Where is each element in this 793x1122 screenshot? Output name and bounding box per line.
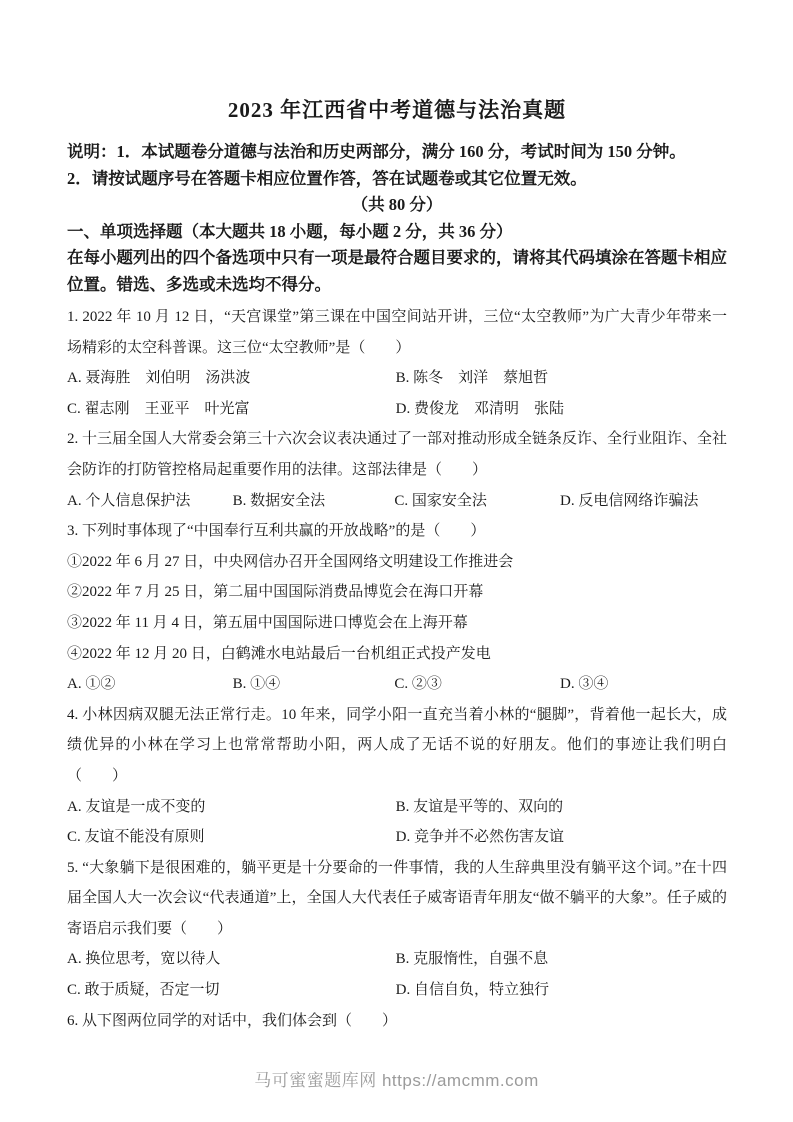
question-3-option-a: A. ①② bbox=[67, 669, 233, 700]
question-4-option-c: C. 友谊不能没有原则 bbox=[67, 822, 396, 853]
question-3-option-c: C. ②③ bbox=[394, 669, 560, 700]
question-4: 4. 小林因病双腿无法正常行走。10 年来，同学小阳一直充当着小林的“腿脚”，背… bbox=[67, 700, 727, 853]
question-3-option-d: D. ③④ bbox=[560, 669, 727, 700]
question-2-stem: 2. 十三届全国人大常委会第三十六次会议表决通过了一部对推动形成全链条反诈、全行… bbox=[67, 424, 727, 485]
question-3-subitem-4: ④2022 年 12 月 20 日，白鹤滩水电站最后一台机组正式投产发电 bbox=[67, 639, 727, 670]
question-2-option-b: B. 数据安全法 bbox=[233, 486, 395, 517]
question-2: 2. 十三届全国人大常委会第三十六次会议表决通过了一部对推动形成全链条反诈、全行… bbox=[67, 424, 727, 516]
page-title: 2023 年江西省中考道德与法治真题 bbox=[67, 94, 727, 124]
questions-container: 1. 2022 年 10 月 12 日，“天宫课堂”第三课在中国空间站开讲，三位… bbox=[67, 302, 727, 1036]
question-5-option-d: D. 自信自负，特立独行 bbox=[396, 975, 727, 1006]
question-2-option-d: D. 反电信网络诈骗法 bbox=[560, 486, 727, 517]
question-1-option-c: C. 翟志刚 王亚平 叶光富 bbox=[67, 394, 396, 425]
question-3-subitem-2: ②2022 年 7 月 25 日，第二届中国国际消费品博览会在海口开幕 bbox=[67, 577, 727, 608]
question-5-stem: 5. “大象躺下是很困难的，躺平更是十分要命的一件事情，我的人生辞典里没有躺平这… bbox=[67, 853, 727, 945]
question-5-option-c: C. 敢于质疑，否定一切 bbox=[67, 975, 396, 1006]
section-instructions: 在每小题列出的四个备选项中只有一项是最符合题目要求的，请将其代码填涂在答题卡相应… bbox=[67, 245, 727, 298]
question-4-option-d: D. 竞争并不必然伤害友谊 bbox=[396, 822, 727, 853]
question-4-options: A. 友谊是一成不变的 B. 友谊是平等的、双向的 C. 友谊不能没有原则 D.… bbox=[67, 792, 727, 853]
question-3-option-b: B. ①④ bbox=[233, 669, 395, 700]
question-2-option-a: A. 个人信息保护法 bbox=[67, 486, 233, 517]
question-2-options: A. 个人信息保护法 B. 数据安全法 C. 国家安全法 D. 反电信网络诈骗法 bbox=[67, 486, 727, 517]
question-5-options: A. 换位思考，宽以待人 B. 克服惰性，自强不息 C. 敢于质疑，否定一切 D… bbox=[67, 944, 727, 1005]
question-1-option-d: D. 费俊龙 邓清明 张陆 bbox=[396, 394, 727, 425]
section-score-line: （共 80 分） bbox=[67, 192, 727, 219]
question-3-subitem-3: ③2022 年 11 月 4 日，第五届中国国际进口博览会在上海开幕 bbox=[67, 608, 727, 639]
question-2-option-c: C. 国家安全法 bbox=[394, 486, 560, 517]
exam-notes-block: 说明：1．本试题卷分道德与法治和历史两部分，满分 160 分，考试时间为 150… bbox=[67, 139, 727, 298]
question-1-options: A. 聂海胜 刘伯明 汤洪波 B. 陈冬 刘洋 蔡旭哲 C. 翟志刚 王亚平 叶… bbox=[67, 363, 727, 424]
footer-watermark: 马可蜜蜜题库网 https://amcmm.com bbox=[0, 1066, 793, 1091]
question-5: 5. “大象躺下是很困难的，躺平更是十分要命的一件事情，我的人生辞典里没有躺平这… bbox=[67, 853, 727, 1006]
exam-document-page: 2023 年江西省中考道德与法治真题 说明：1．本试题卷分道德与法治和历史两部分… bbox=[0, 0, 793, 1122]
question-5-option-a: A. 换位思考，宽以待人 bbox=[67, 944, 396, 975]
document-content: 2023 年江西省中考道德与法治真题 说明：1．本试题卷分道德与法治和历史两部分… bbox=[67, 94, 727, 1036]
question-3-stem: 3. 下列时事体现了“中国奉行互利共赢的开放战略”的是（ ） bbox=[67, 516, 727, 547]
question-3: 3. 下列时事体现了“中国奉行互利共赢的开放战略”的是（ ） ①2022 年 6… bbox=[67, 516, 727, 700]
question-4-option-a: A. 友谊是一成不变的 bbox=[67, 792, 396, 823]
question-4-option-b: B. 友谊是平等的、双向的 bbox=[396, 792, 727, 823]
question-5-option-b: B. 克服惰性，自强不息 bbox=[396, 944, 727, 975]
exam-note-line2: 2．请按试题序号在答题卡相应位置作答，答在试题卷或其它位置无效。 bbox=[67, 166, 727, 193]
exam-note-line1: 说明：1．本试题卷分道德与法治和历史两部分，满分 160 分，考试时间为 150… bbox=[67, 139, 727, 166]
question-4-stem: 4. 小林因病双腿无法正常行走。10 年来，同学小阳一直充当着小林的“腿脚”，背… bbox=[67, 700, 727, 792]
question-6-stem: 6. 从下图两位同学的对话中，我们体会到（ ） bbox=[67, 1006, 727, 1037]
question-3-subitem-1: ①2022 年 6 月 27 日，中央网信办召开全国网络文明建设工作推进会 bbox=[67, 547, 727, 578]
section-heading: 一、单项选择题（本大题共 18 小题，每小题 2 分，共 36 分） bbox=[67, 219, 727, 246]
question-3-options: A. ①② B. ①④ C. ②③ D. ③④ bbox=[67, 669, 727, 700]
question-1: 1. 2022 年 10 月 12 日，“天宫课堂”第三课在中国空间站开讲，三位… bbox=[67, 302, 727, 424]
question-6: 6. 从下图两位同学的对话中，我们体会到（ ） bbox=[67, 1006, 727, 1037]
question-1-stem: 1. 2022 年 10 月 12 日，“天宫课堂”第三课在中国空间站开讲，三位… bbox=[67, 302, 727, 363]
question-1-option-b: B. 陈冬 刘洋 蔡旭哲 bbox=[396, 363, 727, 394]
question-1-option-a: A. 聂海胜 刘伯明 汤洪波 bbox=[67, 363, 396, 394]
